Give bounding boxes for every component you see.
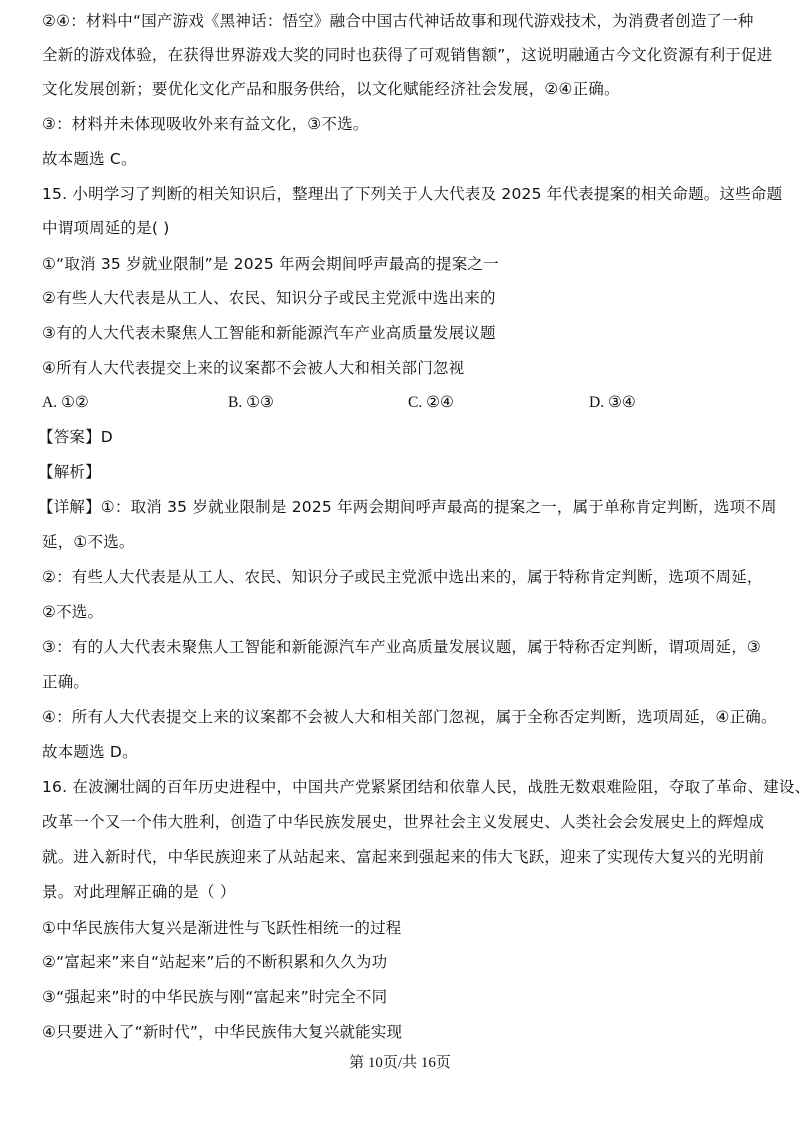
question-15-stem: 中谓项周延的是( ) (42, 218, 170, 238)
conclusion-line: 故本题选 D。 (42, 742, 138, 762)
detail-line: 【详解】①：取消 35 岁就业限制是 2025 年两会期间呼声最高的提案之一，属… (38, 497, 777, 517)
detail-line: ②：有些人大代表是从工人、农民、知识分子或民主党派中选出来的，属于特称肯定判断，… (42, 567, 763, 587)
question-15-statement: ②有些人大代表是从工人、农民、知识分子或民主党派中选出来的 (42, 288, 496, 308)
detail-line: ④：所有人大代表提交上来的议案都不会被人大和相关部门忽视，属于全称否定判断，选项… (42, 707, 777, 727)
question-16-stem: 景。对此理解正确的是（ ） (42, 882, 236, 902)
question-16-stem: 16. 在波澜壮阔的百年历史进程中，中国共产党紧紧团结和依靠人民，战胜无数艰难险… (42, 777, 800, 797)
conclusion-line: 故本题选 C。 (42, 149, 137, 169)
question-15-statement: ①“取消 35 岁就业限制”是 2025 年两会期间呼声最高的提案之一 (42, 254, 499, 274)
option-c: C. ②④ (408, 393, 454, 413)
detail-line: ②不选。 (42, 602, 103, 622)
question-15-statement: ④所有人大代表提交上来的议案都不会被人大和相关部门忽视 (42, 358, 464, 378)
question-15-stem: 15. 小明学习了判断的相关知识后，整理出了下列关于人大代表及 2025 年代表… (42, 184, 782, 204)
option-d: D. ③④ (589, 393, 636, 413)
question-16-statement: ④只要进入了“新时代”，中华民族伟大复兴就能实现 (42, 1022, 402, 1042)
page-indicator: 第 10页/共 16页 (0, 1051, 800, 1072)
analysis-line: ②④：材料中“国产游戏《黑神话：悟空》融合中国古代神话故事和现代游戏技术，为消费… (42, 11, 754, 31)
detail-line: ③：有的人大代表未聚焦人工智能和新能源汽车产业高质量发展议题，属于特称否定判断，… (42, 637, 761, 657)
analysis-line: 文化发展创新；要优化文化产品和服务供给，以文化赋能经济社会发展，②④正确。 (42, 79, 620, 99)
question-15-statement: ③有的人大代表未聚焦人工智能和新能源汽车产业高质量发展议题 (42, 323, 496, 343)
option-a: A. ①② (42, 393, 89, 413)
analysis-line: ③：材料并未体现吸收外来有益文化，③不选。 (42, 114, 369, 134)
answer-label: 【答案】D (38, 427, 113, 447)
question-16-statement: ③“强起来”时的中华民族与刚“富起来”时完全不同 (42, 987, 387, 1007)
question-16-statement: ①中华民族伟大复兴是渐进性与飞跃性相统一的过程 (42, 918, 402, 938)
analysis-label: 【解析】 (38, 462, 101, 482)
option-b: B. ①③ (228, 393, 274, 413)
question-16-stem: 改革一个又一个伟大胜利，创造了中华民族发展史，世界社会主义发展史、人类社会会发展… (42, 812, 764, 832)
detail-line: 延，①不选。 (42, 532, 135, 552)
question-16-statement: ②“富起来”来自“站起来”后的不断积累和久久为功 (42, 952, 387, 972)
detail-line: 正确。 (42, 672, 89, 692)
analysis-line: 全新的游戏体验，在获得世界游戏大奖的同时也获得了可观销售额”，这说明融通古今文化… (42, 45, 772, 65)
question-16-stem: 就。进入新时代，中华民族迎来了从站起来、富起来到强起来的伟大飞跃，迎来了实现传大… (42, 847, 764, 867)
